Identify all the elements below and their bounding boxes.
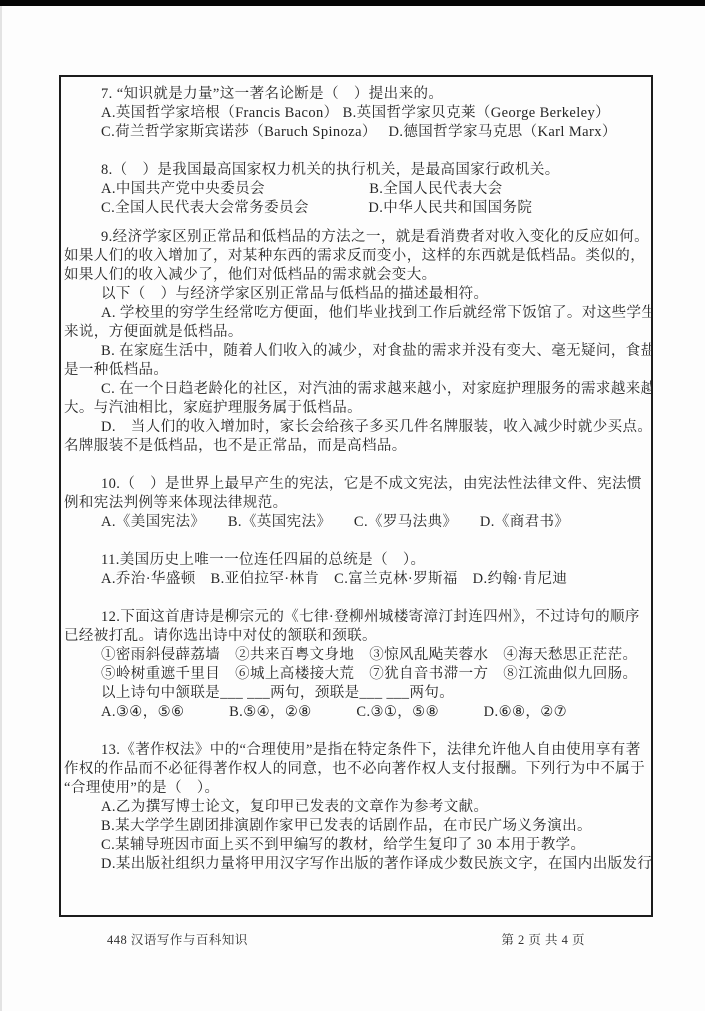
text-line: ⑤岭树重遮千里目 ⑥城上高楼接大荒 ⑦犹自音书滞一方 ⑧江流曲似九回肠。 — [64, 665, 649, 684]
text-line: 12.下面这首唐诗是柳宗元的《七律·登柳州城楼寄漳汀封连四州》，不过诗句的顺序 — [64, 608, 649, 627]
scanned-exam-page: 7. “知识就是力量”这一著名论断是（ ）提出来的。A.英国哲学家培根（Fran… — [0, 0, 705, 1011]
question-9: 9.经济学家区别正常品和低档品的方法之一，就是看消费者对收入变化的反应如何。如果… — [64, 228, 649, 456]
text-line: 如果人们的收入增加了，对某种东西的需求反而变小，这样的东西就是低档品。类似的， — [64, 247, 649, 266]
left-edge-line — [0, 6, 2, 1011]
top-edge-bar — [0, 0, 705, 6]
question-11: 11.美国历史上唯一一位连任四届的总统是（ ）。A.乔治·华盛顿 B.亚伯拉罕·… — [64, 551, 649, 589]
text-line: C.某辅导班因市面上买不到甲编写的教材，给学生复印了 30 本用于教学。 — [64, 836, 649, 855]
text-line: A.英国哲学家培根（Francis Bacon） B.英国哲学家贝克莱（Geor… — [64, 104, 649, 123]
text-line: A.③④，⑤⑥ B.⑤④，②⑧ C.③①，⑤⑧ D.⑥⑧，②⑦ — [64, 703, 649, 722]
text-line: “合理使用”的是（ ）。 — [64, 779, 649, 798]
question-13: 13.《著作权法》中的“合理使用”是指在特定条件下，法律允许他人自由使用享有著作… — [64, 741, 649, 874]
text-line: 7. “知识就是力量”这一著名论断是（ ）提出来的。 — [64, 85, 649, 104]
text-line: A.乔治·华盛顿 B.亚伯拉罕·林肯 C.富兰克林·罗斯福 D.约翰·肯尼迪 — [64, 570, 649, 589]
text-line: 以上诗句中颔联是___ ___两句，颈联是___ ___两句。 — [64, 684, 649, 703]
text-line: 是一种低档品。 — [64, 361, 649, 380]
text-line: 10.（ ）是世界上最早产生的宪法，它是不成文宪法，由宪法性法律文件、宪法惯 — [64, 475, 649, 494]
text-line: D.某出版社组织力量将甲用汉字写作出版的著作译成少数民族文字，在国内出版发行。 — [64, 855, 649, 874]
question-7: 7. “知识就是力量”这一著名论断是（ ）提出来的。A.英国哲学家培根（Fran… — [64, 85, 649, 142]
footer-subject-label: 448 汉语写作与百科知识 — [107, 932, 248, 948]
text-line: 名牌服装不是低档品，也不是正常品，而是高档品。 — [64, 437, 649, 456]
footer-page-number: 第 2 页 共 4 页 — [501, 932, 585, 948]
text-line: 8.（ ）是我国最高国家权力机关的执行机关，是最高国家行政机关。 — [64, 161, 649, 180]
text-line: 11.美国历史上唯一一位连任四届的总统是（ ）。 — [64, 551, 649, 570]
exam-page-frame: 7. “知识就是力量”这一著名论断是（ ）提出来的。A.英国哲学家培根（Fran… — [59, 75, 653, 917]
text-line: A.《美国宪法》 B.《英国宪法》 C.《罗马法典》 D.《商君书》 — [64, 513, 649, 532]
text-line: 例和宪法判例等来体现法律规范。 — [64, 494, 649, 513]
question-10: 10.（ ）是世界上最早产生的宪法，它是不成文宪法，由宪法性法律文件、宪法惯例和… — [64, 475, 649, 532]
text-line: B.某大学学生剧团排演剧作家甲已发表的话剧作品，在市民广场义务演出。 — [64, 817, 649, 836]
text-line: 已经被打乱。请你选出诗中对仗的颔联和颈联。 — [64, 627, 649, 646]
text-line: 作权的作品而不必征得著作权人的同意，也不必向著作权人支付报酬。下列行为中不属于 — [64, 760, 649, 779]
text-line: C.荷兰哲学家斯宾诺莎（Baruch Spinoza） D.德国哲学家马克思（K… — [64, 123, 649, 142]
text-line: C. 在一个日趋老龄化的社区，对汽油的需求越来越小，对家庭护理服务的需求越来越 — [64, 380, 649, 399]
page-footer: 448 汉语写作与百科知识 第 2 页 共 4 页 — [59, 932, 653, 948]
question-8: 8.（ ）是我国最高国家权力机关的执行机关，是最高国家行政机关。A.中国共产党中… — [64, 161, 649, 218]
text-line: 13.《著作权法》中的“合理使用”是指在特定条件下，法律允许他人自由使用享有著 — [64, 741, 649, 760]
text-line: 如果人们的收入减少了，他们对低档品的需求就会变大。 — [64, 266, 649, 285]
text-line: 9.经济学家区别正常品和低档品的方法之一，就是看消费者对收入变化的反应如何。 — [64, 228, 649, 247]
text-line: ①密雨斜侵薜荔墙 ②共来百粤文身地 ③惊风乱飐芙蓉水 ④海天愁思正茫茫。 — [64, 646, 649, 665]
text-line: A.中国共产党中央委员会 B.全国人民代表大会 — [64, 180, 649, 199]
text-line: D. 当人们的收入增加时，家长会给孩子多买几件名牌服装，收入减少时就少买点。 — [64, 418, 649, 437]
text-line: 来说，方便面就是低档品。 — [64, 323, 649, 342]
question-12: 12.下面这首唐诗是柳宗元的《七律·登柳州城楼寄漳汀封连四州》，不过诗句的顺序已… — [64, 608, 649, 722]
exam-content: 7. “知识就是力量”这一著名论断是（ ）提出来的。A.英国哲学家培根（Fran… — [64, 85, 649, 874]
text-line: 大。与汽油相比，家庭护理服务属于低档品。 — [64, 399, 649, 418]
text-line: A. 学校里的穷学生经常吃方便面，他们毕业找到工作后就经常下饭馆了。对这些学生 — [64, 304, 649, 323]
text-line: C.全国人民代表大会常务委员会 D.中华人民共和国国务院 — [64, 199, 649, 218]
text-line: A.乙为撰写博士论文，复印甲已发表的文章作为参考文献。 — [64, 798, 649, 817]
text-line: B. 在家庭生活中，随着人们收入的减少，对食盐的需求并没有变大、毫无疑问，食盐 — [64, 342, 649, 361]
text-line: 以下（ ）与经济学家区别正常品与低档品的描述最相符。 — [64, 285, 649, 304]
